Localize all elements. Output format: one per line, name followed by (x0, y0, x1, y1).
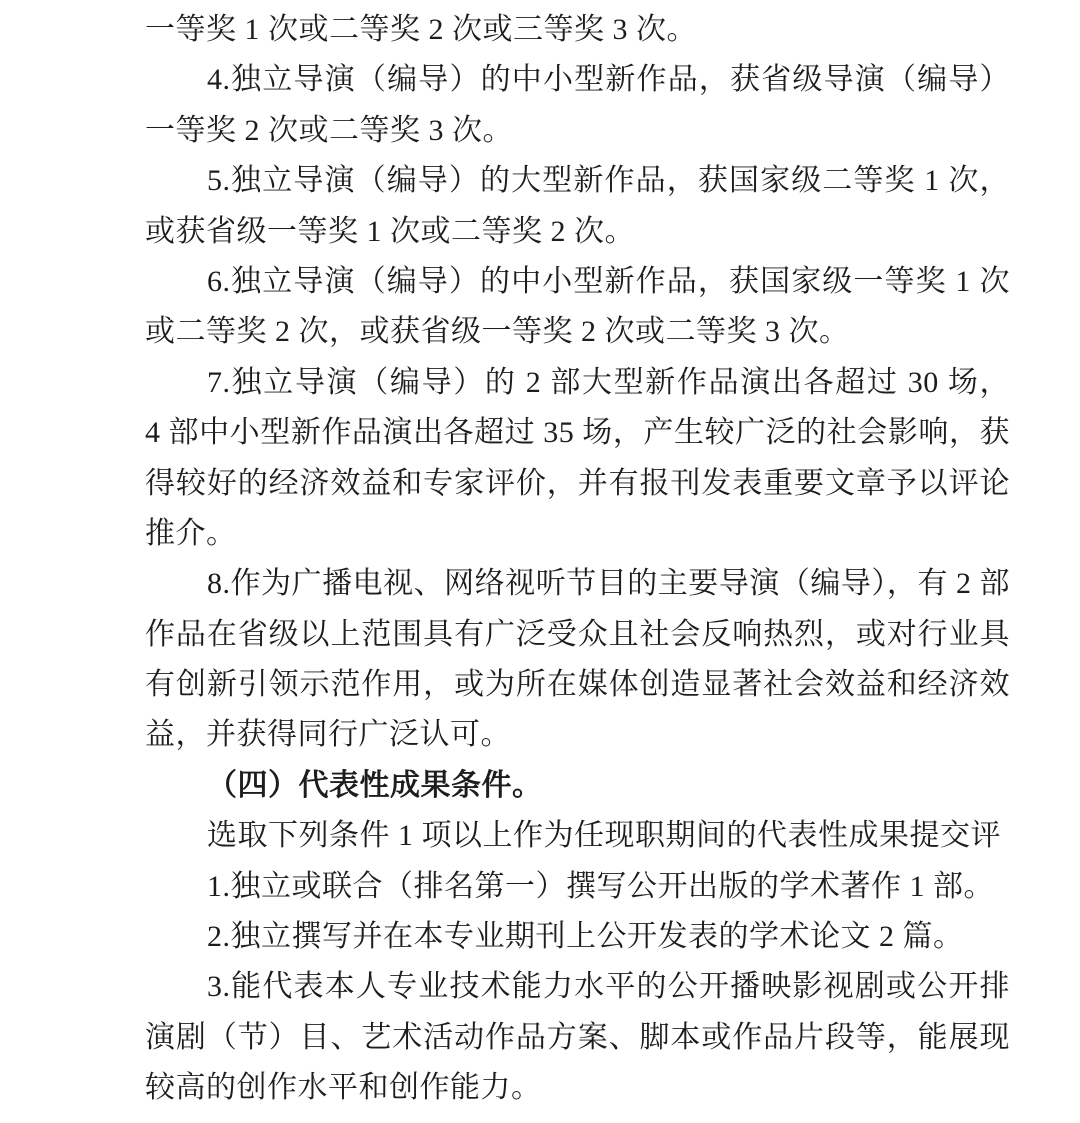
text-line: 较高的创作水平和创作能力。 (145, 1063, 1010, 1113)
text-line: 8.作为广播电视、网络视听节目的主要导演（编导），有 2 部 (145, 559, 1010, 609)
text-column: 一等奖 1 次或二等奖 2 次或三等奖 3 次。4.独立导演（编导）的中小型新作… (145, 5, 1010, 1114)
text-line: 5.独立导演（编导）的大型新作品，获国家级二等奖 1 次， (145, 156, 1010, 206)
text-line: 益，并获得同行广泛认可。 (145, 710, 1010, 760)
text-line: 3.能代表本人专业技术能力水平的公开播映影视剧或公开排 (145, 962, 1010, 1012)
text-line: 或二等奖 2 次，或获省级一等奖 2 次或二等奖 3 次。 (145, 307, 1010, 357)
text-line: 一等奖 1 次或二等奖 2 次或三等奖 3 次。 (145, 5, 1010, 55)
text-line: 或获省级一等奖 1 次或二等奖 2 次。 (145, 207, 1010, 257)
text-line: 6.独立导演（编导）的中小型新作品，获国家级一等奖 1 次 (145, 257, 1010, 307)
document-page: 一等奖 1 次或二等奖 2 次或三等奖 3 次。4.独立导演（编导）的中小型新作… (0, 0, 1080, 1123)
text-line: 得较好的经济效益和专家评价，并有报刊发表重要文章予以评论 (145, 459, 1010, 509)
text-line: 选取下列条件 1 项以上作为任现职期间的代表性成果提交评审: (145, 811, 1010, 861)
text-line: 4.独立导演（编导）的中小型新作品，获省级导演（编导） (145, 55, 1010, 105)
text-line: 4 部中小型新作品演出各超过 35 场，产生较广泛的社会影响，获 (145, 408, 1010, 458)
text-line: 有创新引领示范作用，或为所在媒体创造显著社会效益和经济效 (145, 660, 1010, 710)
text-line: 2.独立撰写并在本专业期刊上公开发表的学术论文 2 篇。 (145, 912, 1010, 962)
section-heading: （四）代表性成果条件。 (145, 761, 1010, 811)
text-line: 推介。 (145, 509, 1010, 559)
text-line: 一等奖 2 次或二等奖 3 次。 (145, 106, 1010, 156)
text-line: 7.独立导演（编导）的 2 部大型新作品演出各超过 30 场，或 (145, 358, 1010, 408)
text-line: 1.独立或联合（排名第一）撰写公开出版的学术著作 1 部。 (145, 862, 1010, 912)
text-line: 作品在省级以上范围具有广泛受众且社会反响热烈，或对行业具 (145, 610, 1010, 660)
text-line: 演剧（节）目、艺术活动作品方案、脚本或作品片段等，能展现 (145, 1013, 1010, 1063)
